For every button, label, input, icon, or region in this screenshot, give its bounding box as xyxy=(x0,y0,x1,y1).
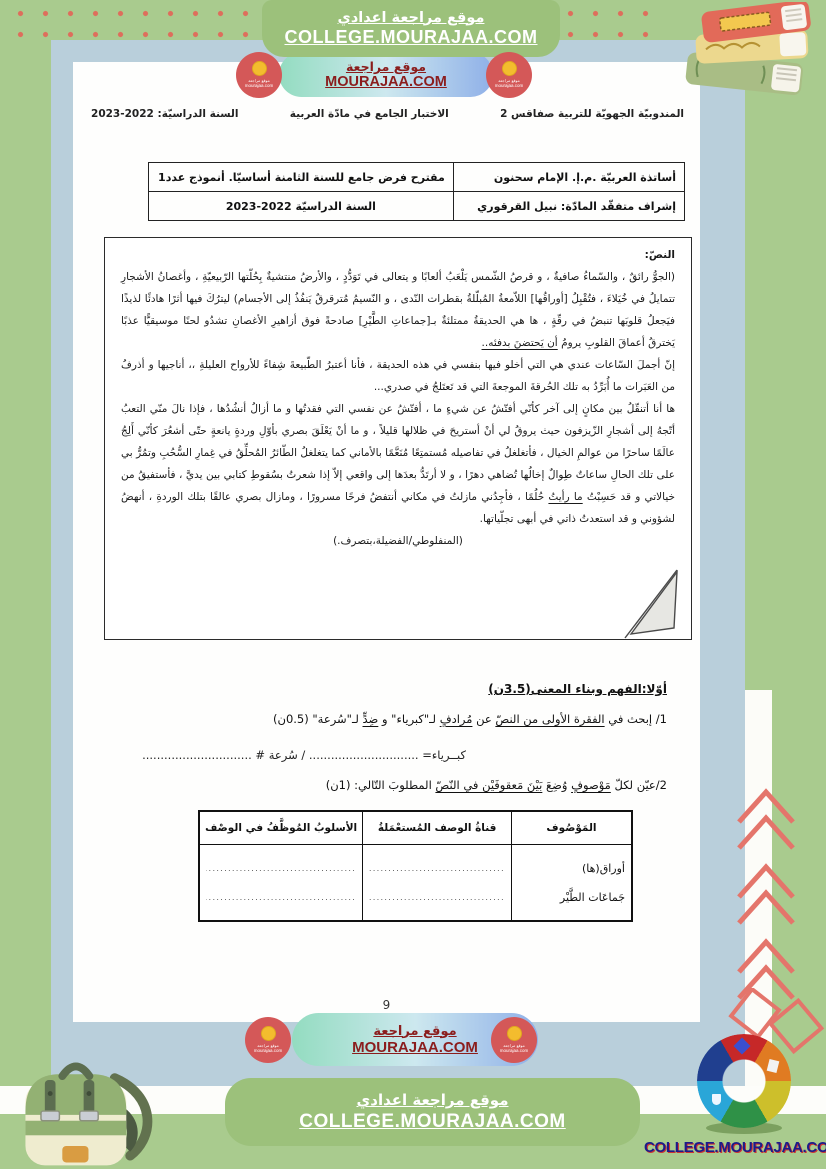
top-watermark-banner[interactable]: موقع مراجعة اعدادي COLLEGE.MOURAJAA.COM xyxy=(262,0,560,57)
underlined-phrase: ما رأيتُ xyxy=(548,491,582,503)
col-header-channel: قناةُ الوصف المُستعْمَلةُ xyxy=(363,811,512,845)
style-answer-cell: ........................................… xyxy=(199,845,363,922)
mourajaa-badge-icon: موقع مراجعة mourajaa.com xyxy=(486,52,532,98)
header-directorate: المندوبيّة الجهويّة للتربية صفاقس 2 xyxy=(500,108,684,120)
info-teachers-cell: أساتذة العربيّة .م.إ. الإمام سحنون xyxy=(453,163,684,192)
badge-logo-icon xyxy=(261,1026,276,1041)
text-paragraph-3: ها أنا أتنقّلُ بين مكانٍ إلى آخر كأنّي أ… xyxy=(121,398,675,530)
text-attribution: (المنفلوطي/الفضيلة،بتصرف.) xyxy=(121,530,675,552)
top-watermark-pill[interactable]: موقع مراجعة MOURAJAA.COM xyxy=(279,52,493,97)
exam-paper-page: المندوبيّة الجهويّة للتربية صفاقس 2 الاخ… xyxy=(73,62,700,1022)
books-stack-icon xyxy=(676,2,818,108)
watermark-site-url[interactable]: COLLEGE.MOURAJAA.COM xyxy=(299,1111,566,1133)
document-header-row: المندوبيّة الجهويّة للتربية صفاقس 2 الاخ… xyxy=(91,108,684,120)
underlined-phrase: أن يَحتضنَ بدفئه.. xyxy=(482,337,558,349)
col-header-style: الأسلوبُ المُوظَّفُ في الوصْف xyxy=(199,811,363,845)
backpack-icon xyxy=(8,1056,168,1169)
info-year-cell: السنة الدراسيّة 2022-2023 xyxy=(149,192,454,221)
bottom-watermark-banner[interactable]: موقع مراجعة اعدادي COLLEGE.MOURAJAA.COM xyxy=(225,1078,640,1146)
badge-logo-icon xyxy=(507,1026,522,1041)
exam-info-table: أساتذة العربيّة .م.إ. الإمام سحنون مقترح… xyxy=(148,162,685,221)
description-table: المَوْصُوف قناةُ الوصف المُستعْمَلةُ الأ… xyxy=(198,810,633,922)
mourajaa-badge-icon: موقع مراجعة mourajaa.com xyxy=(236,52,282,98)
header-exam-title: الاختبار الجامع في مادّة العربية xyxy=(290,108,449,120)
watermark-site-name-ar[interactable]: موقع مراجعة اعدادي xyxy=(357,1091,509,1109)
header-school-year: السنة الدراسيّة: 2022-2023 xyxy=(91,108,238,120)
info-supervisor-cell: إشراف متفقّد المادّة: نبيل القرقوري xyxy=(453,192,684,221)
table-row: إشراف متفقّد المادّة: نبيل القرقوري السن… xyxy=(149,192,685,221)
question-1: 1/ إبحث في الفقرة الأولى من النصّ عن مُر… xyxy=(273,712,667,726)
corner-site-logo[interactable]: COLLEGE.MOURAJAA.COM xyxy=(644,1139,826,1156)
reading-text-box: النصّ: (الجوُّ رائقٌ ، والسّماءُ صافيةٌ … xyxy=(104,237,692,640)
page-curl-icon xyxy=(623,564,692,640)
text-paragraph-1: (الجوُّ رائقٌ ، والسّماءُ صافيةٌ ، و قرص… xyxy=(121,266,675,354)
badge-logo-icon xyxy=(252,61,267,76)
col-header-described: المَوْصُوف xyxy=(511,811,632,845)
table-row: أوراق(ها) جَماعَات الطَّيْر ............… xyxy=(199,845,632,922)
table-header-row: المَوْصُوف قناةُ الوصف المُستعْمَلةُ الأ… xyxy=(199,811,632,845)
text-paragraph-2: إنّ أجملَ السّاعات عندي هي التي أخلو فيه… xyxy=(121,354,675,398)
described-items-cell: أوراق(ها) جَماعَات الطَّيْر xyxy=(511,845,632,922)
section-1-heading: أوّلا:الفهم وبناء المعنى(3.5ن) xyxy=(488,682,667,696)
chevron-pattern xyxy=(735,778,797,1004)
question-2: 2/عيّن لكلّ مَوْصوفٍ وُضِعَ بَيْنَ مَعقو… xyxy=(326,778,667,792)
screenshot-root: المندوبيّة الجهويّة للتربية صفاقس 2 الاخ… xyxy=(0,0,826,1169)
table-row: أساتذة العربيّة .م.إ. الإمام سحنون مقترح… xyxy=(149,163,685,192)
channel-answer-cell: ........................................… xyxy=(363,845,512,922)
question-1-answer-line: كبــرياء= ..............................… xyxy=(142,748,466,762)
page-number: 9 xyxy=(73,998,700,1012)
badge-logo-icon xyxy=(502,61,517,76)
watermark-site-url[interactable]: COLLEGE.MOURAJAA.COM xyxy=(285,27,538,48)
mourajaa-badge-icon: موقع مراجعة mourajaa.com xyxy=(245,1017,291,1063)
flask-icon xyxy=(712,1094,721,1105)
text-label: النصّ: xyxy=(121,244,675,266)
info-exam-cell: مقترح فرض جامع للسنة الثامنة أساسيّا. أن… xyxy=(149,163,454,192)
watermark-site-name-ar[interactable]: موقع مراجعة اعدادي xyxy=(338,10,485,26)
mourajaa-badge-icon: موقع مراجعة mourajaa.com xyxy=(491,1017,537,1063)
